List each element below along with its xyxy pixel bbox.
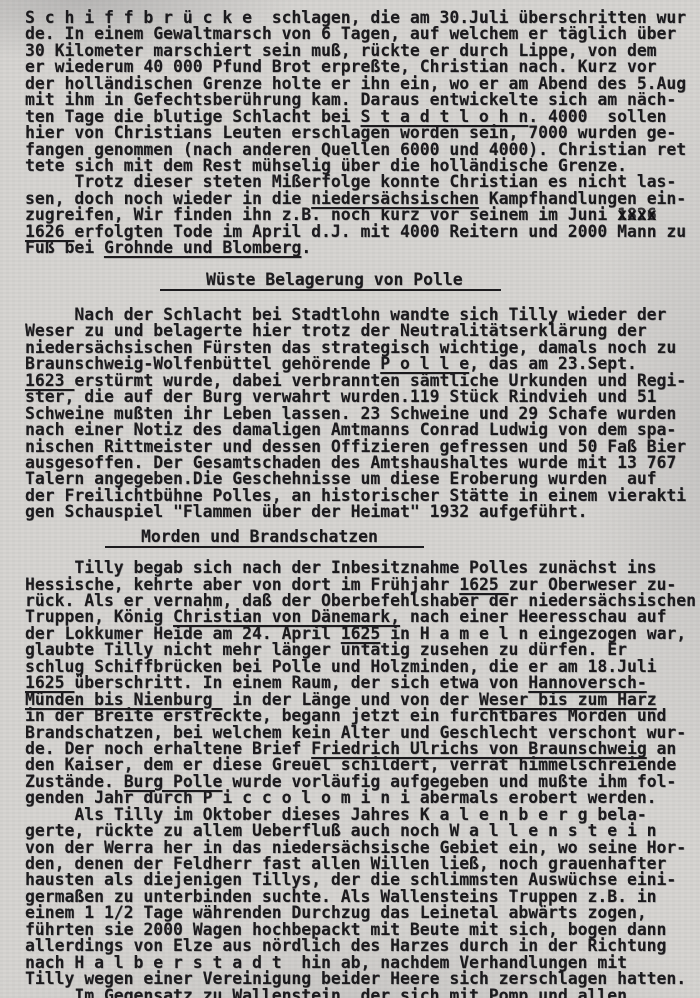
paragraph: Tilly begab sich nach der Inbesitznahme … bbox=[25, 560, 700, 807]
paragraph: S c h i f f b r ü c k e schlagen, die am… bbox=[25, 10, 700, 174]
section-heading-text: Wüste Belagerung von Polle bbox=[160, 272, 501, 291]
paragraph: Trotz dieser steten Mißerfolge konnte Ch… bbox=[25, 174, 700, 256]
section-heading-text: Morden und Brandschatzen bbox=[105, 529, 424, 548]
text-run: gen Schauspiel "Flammen über der Heimat"… bbox=[25, 502, 587, 521]
underlined-text: Grohnde und Blomberg bbox=[104, 238, 301, 257]
paragraph: Als Tilly im Oktober dieses Jahres K a l… bbox=[25, 807, 700, 998]
text-run: Fuß bei bbox=[25, 238, 104, 257]
paragraph: Nach der Schlacht bei Stadtlohn wandte s… bbox=[25, 307, 700, 521]
document-line: Fuß bei Grohnde und Blomberg. bbox=[25, 240, 700, 256]
overstrike-correction: 1826xxxx bbox=[617, 207, 656, 223]
section-heading: Morden und Brandschatzen bbox=[105, 529, 700, 548]
overstrike-x-text: xxxx bbox=[617, 207, 656, 223]
typewritten-page: S c h i f f b r ü c k e schlagen, die am… bbox=[0, 0, 700, 998]
document-line: Im Gegensatz zu Wallenstein, der sich mi… bbox=[25, 988, 700, 998]
document-line: gen Schauspiel "Flammen über der Heimat"… bbox=[25, 504, 700, 520]
section-heading: Wüste Belagerung von Polle bbox=[160, 272, 700, 291]
text-run: . bbox=[301, 238, 311, 257]
text-run: Im Gegensatz zu Wallenstein, der sich mi… bbox=[25, 986, 627, 998]
